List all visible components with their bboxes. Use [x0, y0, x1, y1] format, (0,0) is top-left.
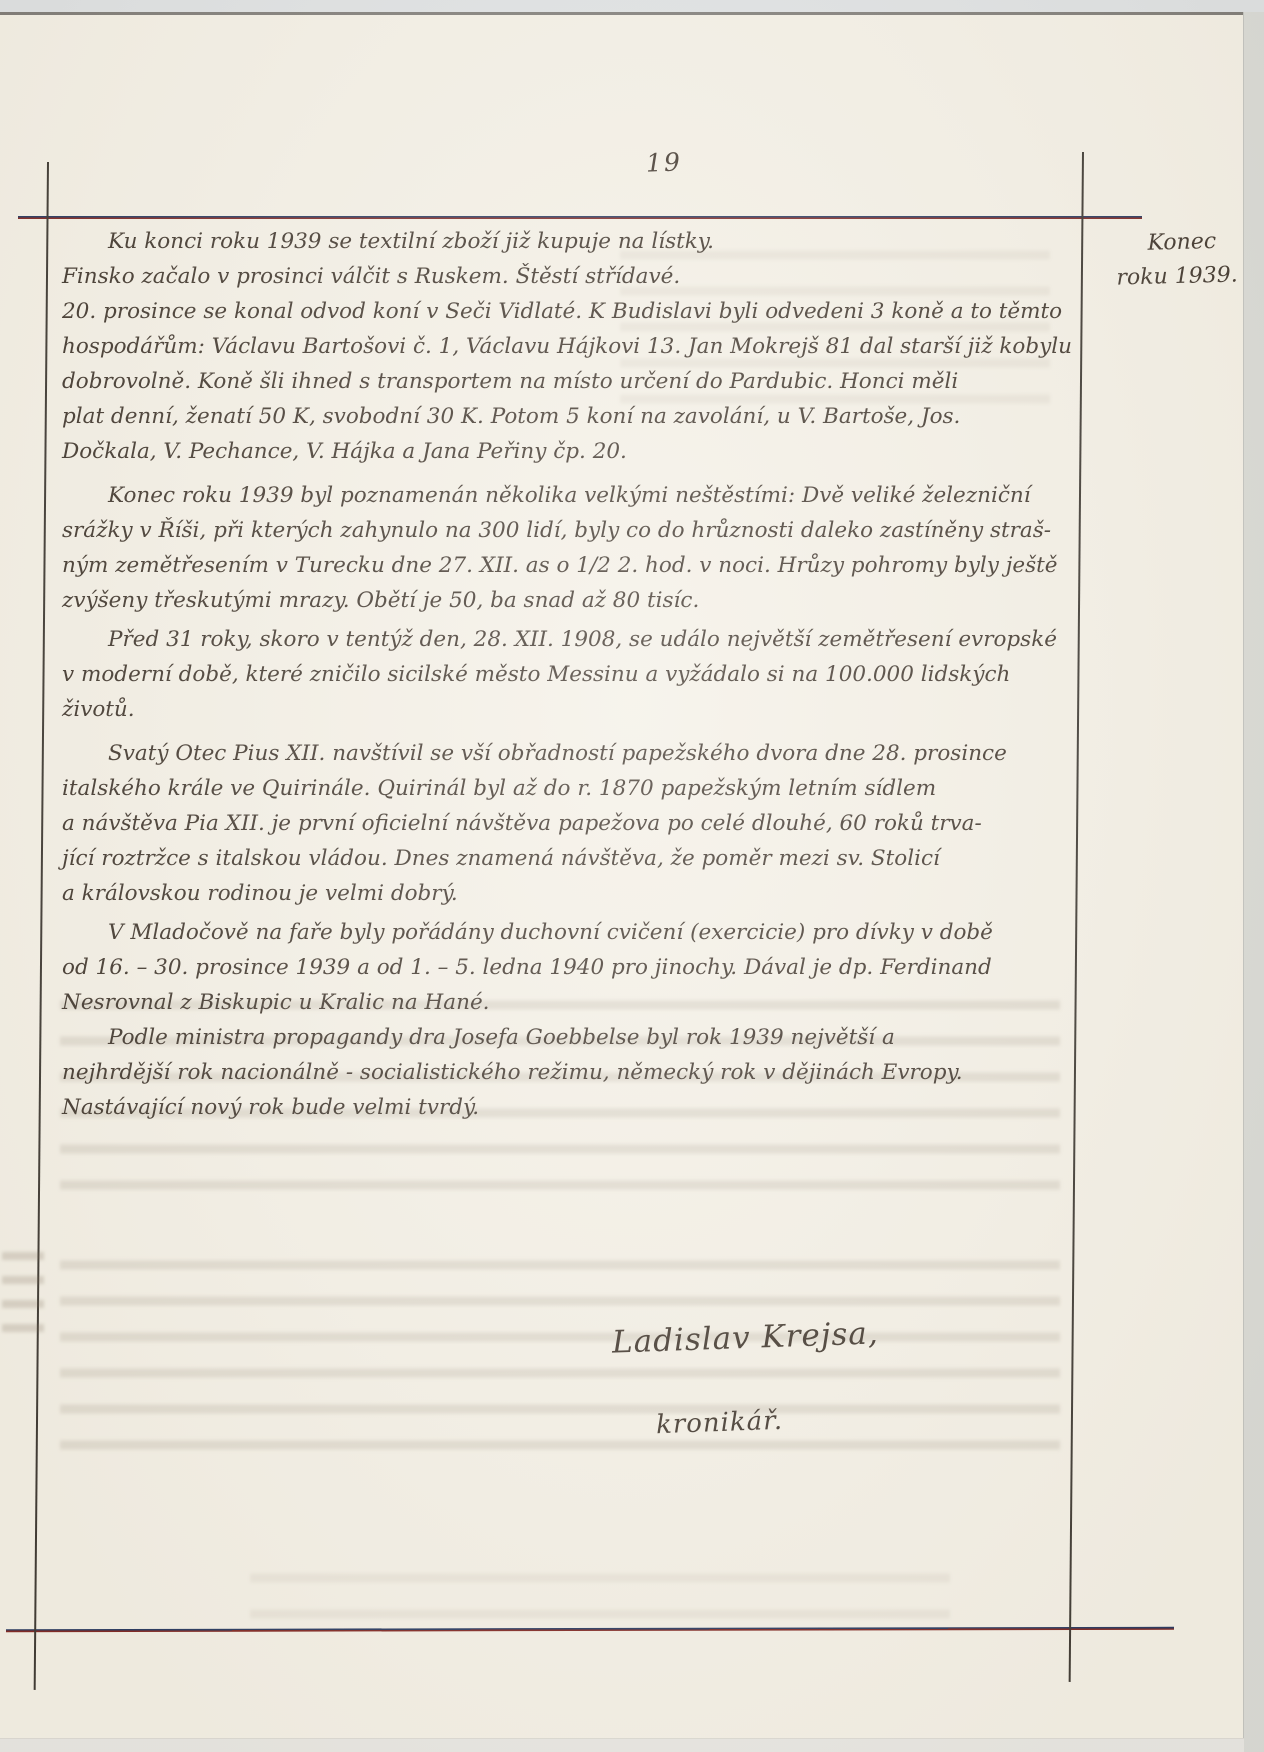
- manuscript-line: Dočkala, V. Pechance, V. Hájka a Jana Pe…: [62, 434, 1170, 469]
- manuscript-line: a královskou rodinou je velmi dobrý.: [62, 876, 1170, 911]
- paragraph: 20. prosince se konal odvod koní v Seči …: [62, 294, 1170, 469]
- manuscript-line: životů.: [62, 692, 1170, 727]
- manuscript-line: plat denní, ženatí 50 K, svobodní 30 K. …: [62, 399, 1170, 434]
- paragraph: V Mladočově na faře byly pořádány duchov…: [62, 915, 1170, 1020]
- scan-bottom-edge: [0, 1738, 1244, 1752]
- manuscript-line: Nesrovnal z Biskupic u Kralic na Hané.: [62, 985, 1170, 1020]
- top-ruled-line: [18, 216, 1142, 219]
- manuscript-line: ným zemětřesením v Turecku dne 27. XII. …: [62, 548, 1170, 583]
- scanned-chronicle-page: 19 Konec roku 1939. Ku konci roku 1939 s…: [0, 0, 1264, 1752]
- chronicler-signature: Ladislav Krejsa,: [611, 1315, 879, 1360]
- chronicler-title: kronikář.: [656, 1406, 784, 1440]
- bleed-through: [60, 1245, 1060, 1455]
- paragraph: Podle ministra propagandy dra Josefa Goe…: [62, 1020, 1170, 1125]
- left-margin-line: [34, 162, 49, 1690]
- manuscript-line: srážky v Říši, při kterých zahynulo na 3…: [62, 513, 1170, 548]
- manuscript-line: Svatý Otec Pius XII. navštívil se vší ob…: [62, 736, 1170, 771]
- manuscript-line: 20. prosince se konal odvod koní v Seči …: [62, 294, 1170, 329]
- paragraph: Konec roku 1939 byl poznamenán několika …: [62, 478, 1170, 618]
- manuscript-line: Finsko začalo v prosinci válčit s Ruskem…: [62, 259, 1170, 294]
- chronicle-entry: Ku konci roku 1939 se textilní zboží již…: [62, 224, 1170, 1125]
- manuscript-line: hospodářům: Václavu Bartošovi č. 1, Václ…: [62, 329, 1170, 364]
- scan-right-edge: [1243, 12, 1264, 1752]
- paragraph: Ku konci roku 1939 se textilní zboží již…: [62, 224, 1170, 294]
- bleed-through: [250, 1558, 950, 1624]
- manuscript-line: V Mladočově na faře byly pořádány duchov…: [62, 915, 1170, 950]
- page-number: 19: [646, 147, 683, 177]
- scan-top-edge: [0, 0, 1264, 15]
- manuscript-line: Konec roku 1939 byl poznamenán několika …: [62, 478, 1170, 513]
- manuscript-line: dobrovolně. Koně šli ihned s transportem…: [62, 364, 1170, 399]
- paragraph: Před 31 roky, skoro v tentýž den, 28. XI…: [62, 622, 1170, 727]
- manuscript-line: zvýšeny třeskutými mrazy. Obětí je 50, b…: [62, 583, 1170, 618]
- manuscript-line: italského krále ve Quirinále. Quirinál b…: [62, 771, 1170, 806]
- manuscript-line: Podle ministra propagandy dra Josefa Goe…: [62, 1020, 1170, 1055]
- manuscript-line: Nastávající nový rok bude velmi tvrdý.: [62, 1090, 1170, 1125]
- manuscript-line: od 16. – 30. prosince 1939 a od 1. – 5. …: [62, 950, 1170, 985]
- manuscript-line: Ku konci roku 1939 se textilní zboží již…: [62, 224, 1170, 259]
- bottom-ruled-line: [6, 1627, 1174, 1632]
- paragraph: Svatý Otec Pius XII. navštívil se vší ob…: [62, 736, 1170, 911]
- manuscript-line: v moderní době, které zničilo sicilské m…: [62, 657, 1170, 692]
- manuscript-line: Před 31 roky, skoro v tentýž den, 28. XI…: [62, 622, 1170, 657]
- manuscript-line: a návštěva Pia XII. je první oficielní n…: [62, 806, 1170, 841]
- manuscript-line: nejhrdější rok nacionálně - socialistick…: [62, 1055, 1170, 1090]
- manuscript-line: jící roztržce s italskou vládou. Dnes zn…: [62, 841, 1170, 876]
